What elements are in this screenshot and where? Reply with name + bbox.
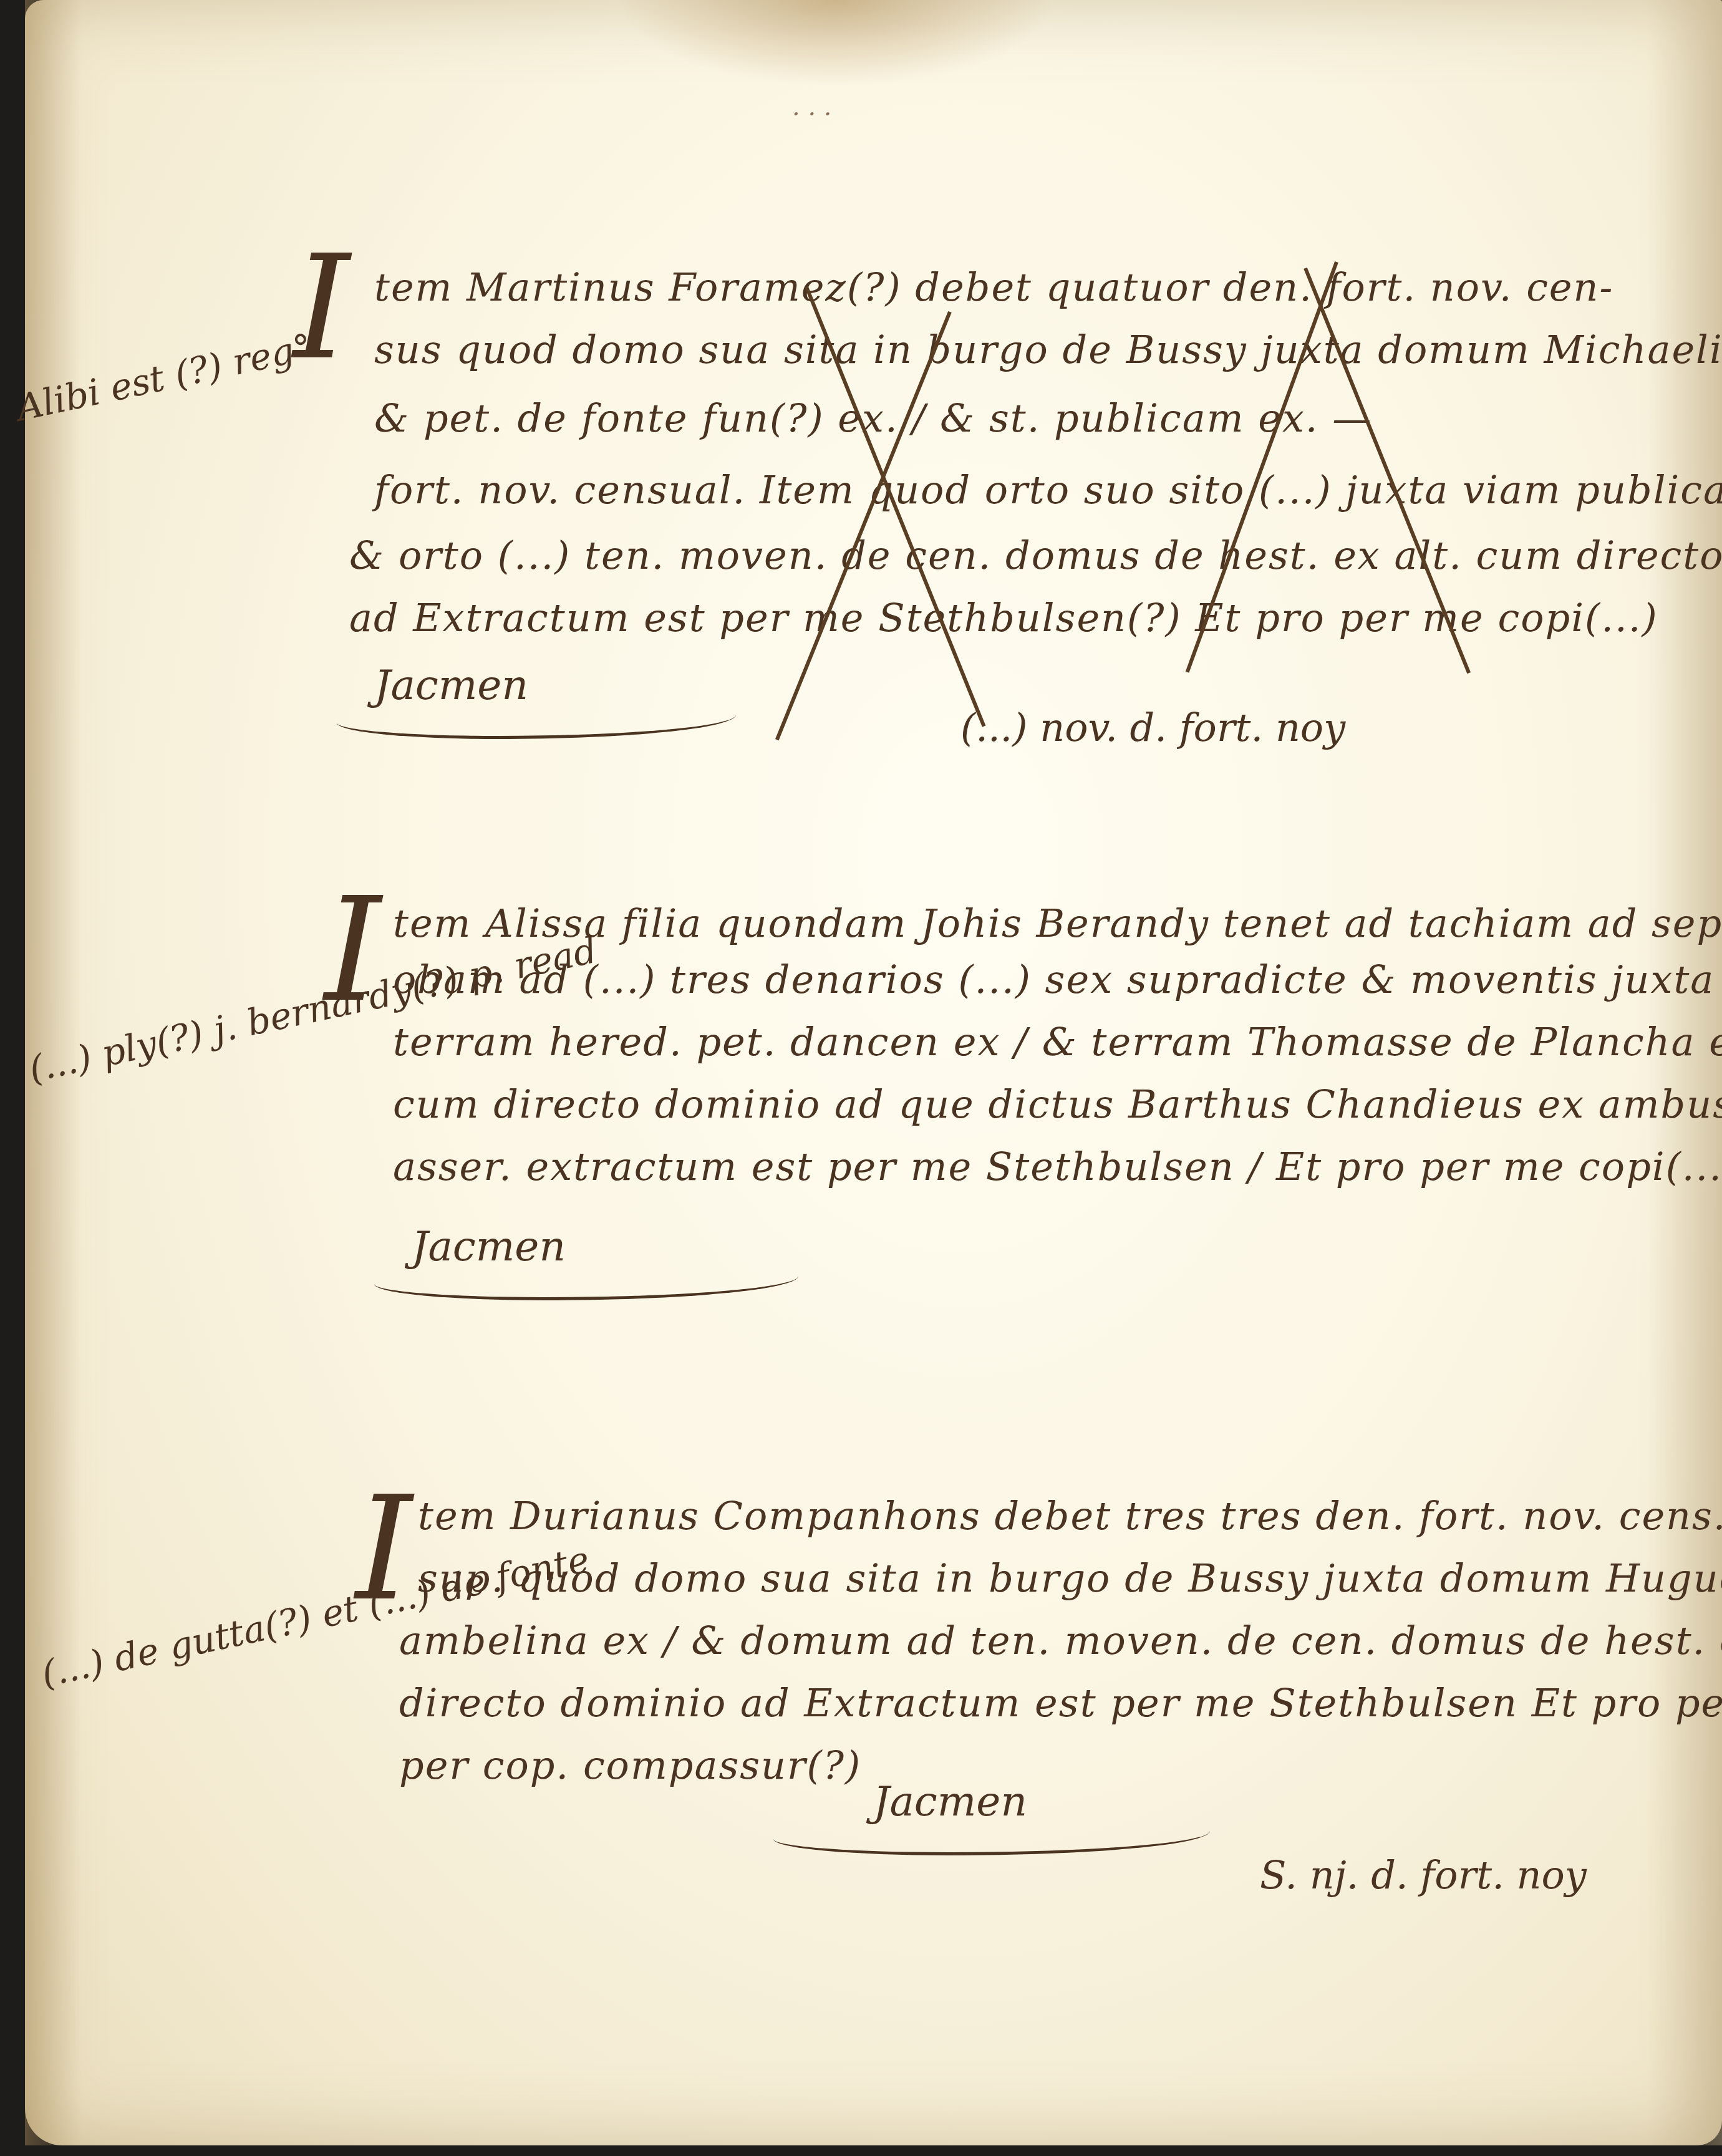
entry-line: obam ad (...) tres denarios (...) sex su… xyxy=(393,960,1715,999)
entry-line: fort. nov. censual. Item quod orto suo s… xyxy=(374,471,1722,510)
entry-line: asser. extractum est per me Stethbulsen … xyxy=(393,1148,1722,1186)
entry-line: sup. quod domo sua sita in burgo de Buss… xyxy=(418,1559,1722,1598)
edge-stain-right xyxy=(1647,0,1722,2145)
entry-line: sus quod domo sua sita in burgo de Bussy… xyxy=(374,331,1722,369)
entry-line: tem Martinus Foramez(?) debet quatuor de… xyxy=(374,268,1613,307)
entry-line: tem Alissa filia quondam Johis Berandy t… xyxy=(393,904,1722,943)
note-below: (...) nov. d. fort. noy xyxy=(960,705,1345,750)
signature-flourish xyxy=(374,1260,798,1300)
signature-flourish xyxy=(337,699,736,739)
note-below: S. nj. d. fort. noy xyxy=(1260,1852,1587,1898)
initial-letter: I xyxy=(356,1478,412,1622)
entry-line: tem Durianus Companhons debet tres tres … xyxy=(418,1497,1722,1535)
margin-note: (...) ply(?) j. bernardy(?) p. read xyxy=(25,927,601,1092)
initial-letter: I xyxy=(324,879,381,1023)
header-marks: · · · xyxy=(792,100,832,128)
entry-line: directo dominio ad Extractum est per me … xyxy=(399,1684,1722,1723)
signature-flourish xyxy=(773,1815,1210,1855)
manuscript-folio: · · · Alibi est (?) reg° I tem Martinus … xyxy=(25,0,1722,2145)
entry-line: & orto (...) ten. moven. de cen. domus d… xyxy=(349,536,1722,575)
initial-letter: I xyxy=(293,237,350,380)
cancellation-stroke xyxy=(775,311,952,740)
entry-line: per cop. compassur(?) xyxy=(399,1746,861,1785)
entry-line: ad Extractum est per me Stethbulsen(?) E… xyxy=(349,599,1658,637)
entry-line: terram hered. pet. dancen ex / & terram … xyxy=(393,1023,1722,1061)
entry-line: cum directo dominio ad que dictus Barthu… xyxy=(393,1085,1722,1124)
entry-line: ambelina ex / & domum ad ten. moven. de … xyxy=(399,1622,1722,1660)
water-stain-top xyxy=(617,0,1054,87)
entry-line: & pet. de fonte fun(?) ex. / & st. publi… xyxy=(374,399,1372,438)
